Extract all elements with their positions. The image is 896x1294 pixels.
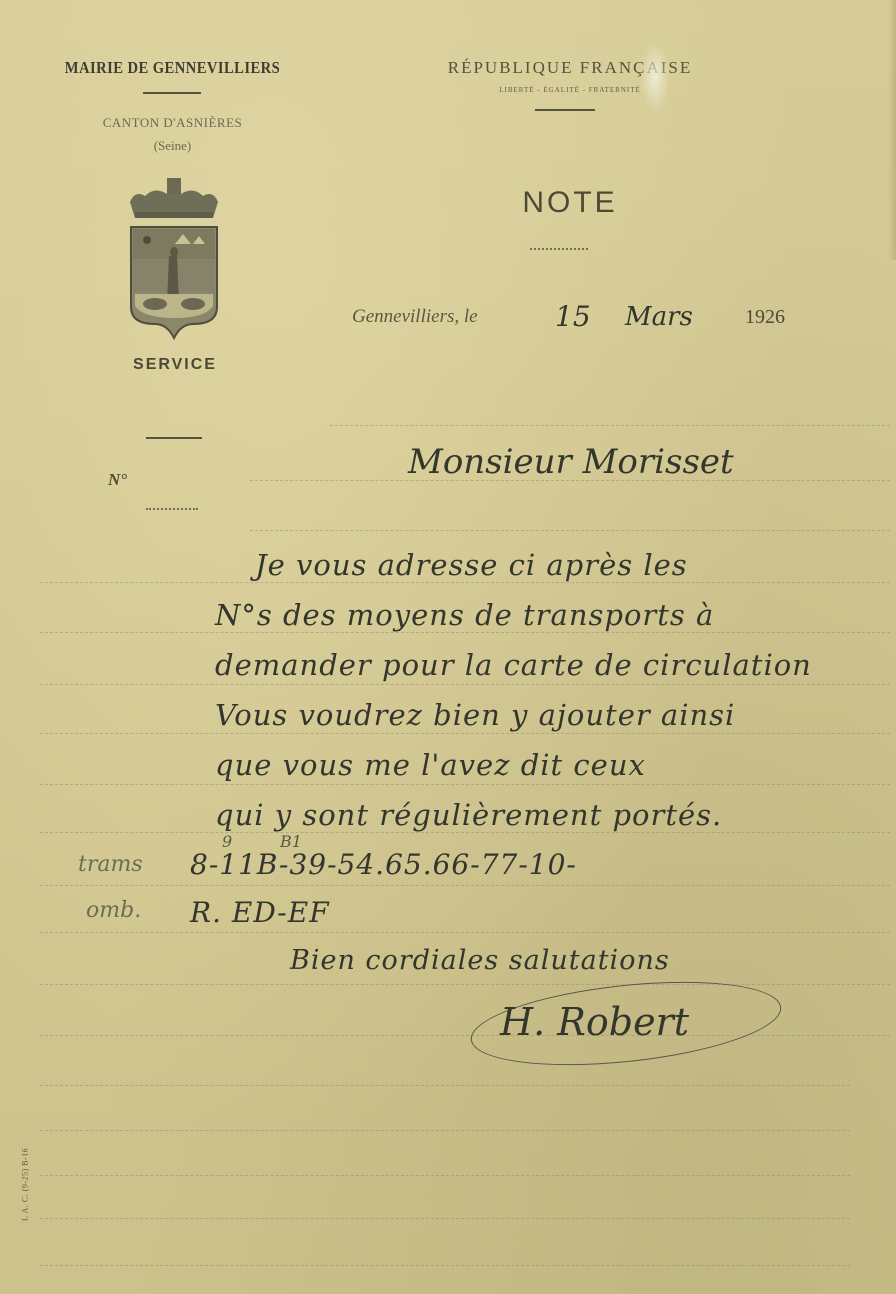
document-type-title: NOTE (380, 186, 760, 220)
coat-of-arms-icon (125, 172, 225, 342)
ruled-line (40, 832, 890, 833)
margin-note-omnibus: omb. (86, 898, 141, 923)
ruled-line (40, 1130, 850, 1131)
republique-title: RÉPUBLIQUE FRANÇAISE (380, 58, 760, 78)
body-line: qui y sont régulièrement portés. (215, 798, 722, 832)
ruled-line (40, 984, 890, 985)
transport-codes-omnibus: R. ED-EF (190, 896, 330, 929)
body-line: N°s des moyens de transports à (215, 598, 714, 632)
number-field-line (146, 508, 198, 510)
ruled-line (40, 632, 890, 633)
ruled-line (330, 425, 890, 426)
note-divider (530, 248, 588, 250)
ruled-line (40, 784, 890, 785)
paper-stain (640, 42, 670, 112)
body-line: que vous me l'avez dit ceux (215, 748, 646, 782)
ruled-line (40, 885, 890, 886)
ruled-line (40, 1218, 850, 1219)
department-label: (Seine) (40, 138, 305, 154)
ruled-line (40, 684, 890, 685)
number-label: N° (108, 470, 127, 490)
ruled-line (40, 1175, 850, 1176)
ruled-line (40, 1265, 850, 1266)
header-divider-right (535, 109, 595, 111)
ruled-line (40, 1035, 890, 1036)
motto: LIBERTÉ - ÉGALITÉ - FRATERNITÉ (380, 86, 760, 94)
service-divider (146, 437, 202, 439)
dateline-day: 15 (555, 300, 591, 333)
ruled-line (40, 733, 890, 734)
dateline-month: Mars (625, 302, 693, 332)
signature: H. Robert (500, 1000, 689, 1044)
dateline-place: Gennevilliers, le (352, 306, 478, 328)
printer-mark: I. A. C. (9-25) B-16 (21, 1130, 30, 1240)
body-line: Vous voudrez bien y ajouter ainsi (215, 698, 735, 732)
paper-edge-shadow (888, 0, 896, 260)
header-divider-left (143, 92, 201, 94)
dateline-year: 1926 (745, 306, 785, 329)
salutation: Monsieur Morisset (408, 442, 734, 482)
ruled-line (40, 932, 890, 933)
ruled-line (40, 1085, 850, 1086)
ruled-line (40, 582, 890, 583)
canton-label: CANTON D'ASNIÈRES (40, 115, 305, 131)
service-label: SERVICE (100, 356, 250, 374)
body-line: demander pour la carte de circulation (215, 648, 812, 682)
margin-note-trams: trams (78, 852, 143, 877)
ruled-line (250, 530, 890, 531)
closing-line: Bien cordiales salutations (290, 945, 670, 976)
body-line: Je vous adresse ci après les (255, 548, 688, 582)
transport-codes-trams: 8-11B-39-54.65.66-77-10- (190, 848, 577, 881)
mairie-title: MAIRIE DE GENNEVILLIERS (59, 58, 287, 78)
